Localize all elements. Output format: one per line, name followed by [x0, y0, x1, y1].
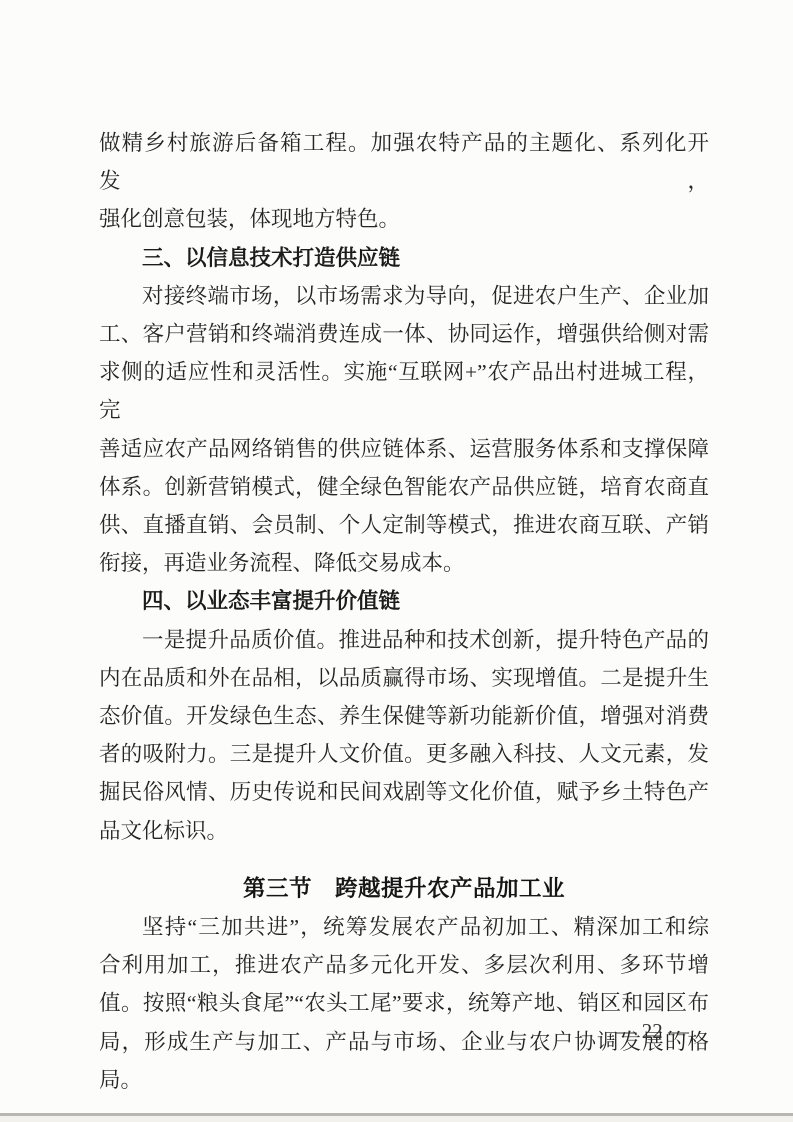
body-line: 局。 [99, 1061, 709, 1099]
body-line: 合利用加工，推进农产品多元化开发、多层次利用、多环节增 [99, 946, 709, 984]
subsection-heading-4: 四、以业态丰富提升价值链 [99, 582, 709, 620]
body-line: 衔接，再造业务流程、降低交易成本。 [99, 544, 709, 582]
document-body: 做精乡村旅游后备箱工程。加强农特产品的主题化、系列化开发， 强化创意包装，体现地… [99, 124, 709, 1099]
section-heading: 第三节 跨越提升农产品加工业 [99, 870, 709, 908]
body-line: 内在品质和外在品相，以品质赢得市场、实现增值。二是提升生 [99, 659, 709, 697]
body-line: 一是提升品质价值。推进品种和技术创新，提升特色产品的 [99, 621, 709, 659]
body-line: 品文化标识。 [99, 812, 709, 850]
body-line: 掘民俗风情、历史传说和民间戏剧等文化价值，赋予乡土特色产 [99, 773, 709, 811]
body-line: 求侧的适应性和灵活性。实施“互联网+”农产品出村进城工程，完 [99, 353, 709, 429]
body-line: 强化创意包装，体现地方特色。 [99, 200, 709, 238]
body-line: 善适应农产品网络销售的供应链体系、运营服务体系和支撑保障 [99, 430, 709, 468]
body-line: 体系。创新营销模式，健全绿色智能农产品供应链，培育农商直 [99, 468, 709, 506]
document-page: 做精乡村旅游后备箱工程。加强农特产品的主题化、系列化开发， 强化创意包装，体现地… [0, 0, 793, 1122]
scan-edge-shadow [0, 1116, 793, 1122]
subsection-heading-3: 三、以信息技术打造供应链 [99, 239, 709, 277]
body-line: 供、直播直销、会员制、个人定制等模式，推进农商互联、产销 [99, 506, 709, 544]
body-line: 者的吸附力。三是提升人文价值。更多融入科技、人文元素，发 [99, 735, 709, 773]
body-line: 工、客户营销和终端消费连成一体、协同运作，增强供给侧对需 [99, 315, 709, 353]
body-line: 态价值。开发绿色生态、养生保健等新功能新价值，增强对消费 [99, 697, 709, 735]
body-line: 做精乡村旅游后备箱工程。加强农特产品的主题化、系列化开发， [99, 124, 709, 200]
body-line: 值。按照“粮头食尾”“农头工尾”要求，统筹产地、销区和园区布 [99, 984, 709, 1022]
body-line: 坚持“三加共进”，统筹发展农产品初加工、精深加工和综 [99, 908, 709, 946]
body-line: 对接终端市场，以市场需求为导向，促进农户生产、企业加 [99, 277, 709, 315]
page-number: — 22 — [616, 1019, 690, 1044]
